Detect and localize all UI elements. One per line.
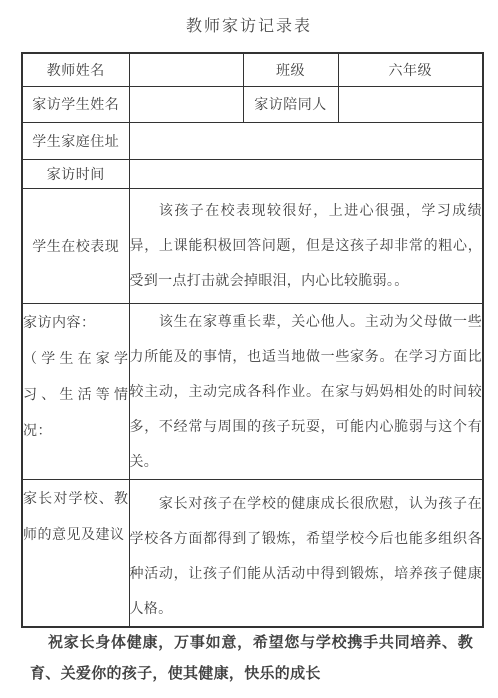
visit-content-label-line1: 家访内容： [23,304,129,340]
class-value: 六年级 [338,53,483,86]
student-name-label: 家访学生姓名 [22,86,129,122]
page-title: 教师家访记录表 [0,0,498,36]
home-visit-form-table: 教师姓名 班级 六年级 家访学生姓名 家访陪同人 学生家庭住址 家访时间 学生在… [21,52,484,628]
visit-content-text: 该生在家尊重长辈，关心他人。主动为父母做一些力所能及的事情，也适当地做一些家务。… [129,303,483,479]
table-row: 教师姓名 班级 六年级 [22,53,483,86]
visit-content-label-line2: （学生在家学习、生活等情况： [23,340,129,448]
visit-content-paragraph: 该生在家尊重长辈，关心他人。主动为父母做一些力所能及的事情，也适当地做一些家务。… [130,304,483,479]
table-row: 家长对学校、教师的意见及建议 家长对孩子在学校的健康成长很欣慰，认为孩子在学校各… [22,479,483,627]
home-address-field[interactable] [129,122,483,159]
table-row: 家访学生姓名 家访陪同人 [22,86,483,122]
visit-content-label: 家访内容： （学生在家学习、生活等情况： [22,303,129,479]
table-row: 学生在校表现 该孩子在校表现较很好，上进心很强，学习成绩异，上课能积极回答问题，… [22,188,483,303]
school-performance-label: 学生在校表现 [22,188,129,303]
table-row: 学生家庭住址 [22,122,483,159]
teacher-name-label: 教师姓名 [22,53,129,86]
home-address-label: 学生家庭住址 [22,122,129,159]
student-name-field[interactable] [129,86,243,122]
visit-time-field[interactable] [129,159,483,188]
school-performance-content: 该孩子在校表现较很好，上进心很强，学习成绩异，上课能积极回答问题，但是这孩子却非… [129,188,483,303]
parent-opinion-paragraph: 家长对孩子在学校的健康成长很欣慰，认为孩子在学校各方面都得到了锻炼，希望学校今后… [130,486,483,626]
table-row: 家访时间 [22,159,483,188]
parent-opinion-label-text: 家长对学校、教师的意见及建议 [23,480,129,552]
home-visit-record-document: 教师家访记录表 教师姓名 班级 六年级 家访学生姓名 家访陪同人 学生家庭住址 [0,0,498,698]
companion-label: 家访陪同人 [243,86,338,122]
teacher-name-field[interactable] [129,53,243,86]
parent-opinion-label: 家长对学校、教师的意见及建议 [22,479,129,627]
companion-field[interactable] [338,86,483,122]
table-row: 家访内容： （学生在家学习、生活等情况： 该生在家尊重长辈，关心他人。主动为父母… [22,303,483,479]
closing-wishes-note: 祝家长身体健康，万事如意，希望您与学校携手共同培养、教育、关爱你的孩子，使其健康… [30,627,473,689]
school-performance-paragraph: 该孩子在校表现较很好，上进心很强，学习成绩异，上课能积极回答问题，但是这孩子却非… [130,193,483,298]
visit-time-label: 家访时间 [22,159,129,188]
parent-opinion-content: 家长对孩子在学校的健康成长很欣慰，认为孩子在学校各方面都得到了锻炼，希望学校今后… [129,479,483,627]
class-label: 班级 [243,53,338,86]
